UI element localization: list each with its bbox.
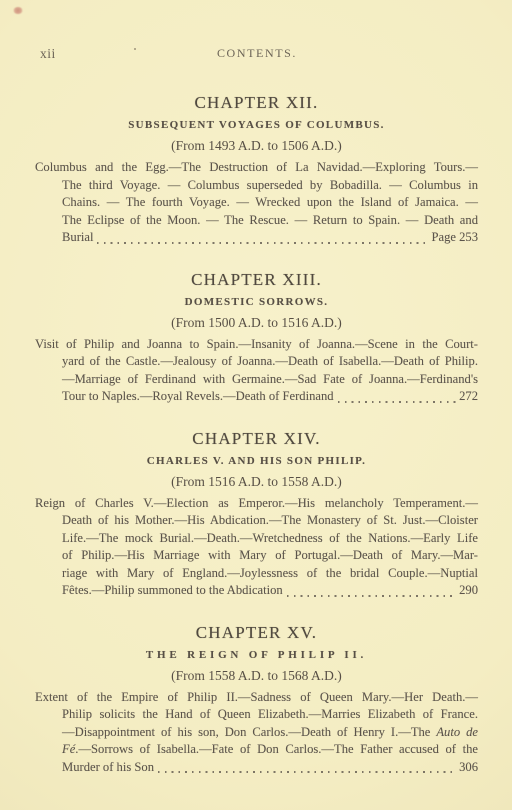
chapter-heading: CHAPTER XII. <box>35 93 478 112</box>
summary-text: riage with Mary of England.—Joylessness … <box>62 566 478 580</box>
chapter-subtitle: CHARLES V. AND HIS SON PHILIP. <box>35 455 478 468</box>
page-reference: 306 <box>459 759 478 777</box>
chapter-summary: Reign of Charles V.—Election as Emperor.… <box>35 495 478 600</box>
summary-line: of Philip.—His Marriage with Mary of Por… <box>35 547 478 565</box>
dot-leader <box>338 401 457 403</box>
summary-line: Chains. — The fourth Voyage. — Wrecked u… <box>35 194 478 212</box>
summary-text: Extent of the Empire of Philip II.—Sadne… <box>35 690 478 704</box>
chapter-subtitle: DOMESTIC SORROWS. <box>35 296 478 309</box>
summary-text: of Philip.—His Marriage with Mary of Por… <box>62 548 478 562</box>
summary-line: Philip solicits the Hand of Queen Elizab… <box>35 706 478 724</box>
summary-line: Extent of the Empire of Philip II.—Sadne… <box>35 689 478 707</box>
summary-text: Philip solicits the Hand of Queen Elizab… <box>62 707 478 721</box>
dot-leader <box>287 595 456 597</box>
chapter-date-range: (From 1493 A.D. to 1506 A.D.) <box>35 138 478 153</box>
summary-text: Death of his Mother.—His Abdication.—The… <box>62 513 478 527</box>
summary-line: Reign of Charles V.—Election as Emperor.… <box>35 495 478 513</box>
summary-text: Columbus and the Egg.—The Destruction of… <box>35 160 478 174</box>
summary-text: The third Voyage. — Columbus superseded … <box>62 178 478 192</box>
chapter-entry: CHAPTER XII. SUBSEQUENT VOYAGES OF COLUM… <box>35 93 478 247</box>
chapter-entry: CHAPTER XV. THE REIGN OF PHILIP II. (Fro… <box>35 623 478 777</box>
summary-line: —Disappointment of his son, Don Carlos.—… <box>35 724 478 742</box>
chapter-summary: Columbus and the Egg.—The Destruction of… <box>35 159 478 247</box>
chapter-summary: Visit of Philip and Joanna to Spain.—Ins… <box>35 336 478 406</box>
summary-line: riage with Mary of England.—Joylessness … <box>35 565 478 583</box>
chapter-date-range: (From 1516 A.D. to 1558 A.D.) <box>35 474 478 489</box>
summary-text: Murder of his Son <box>62 759 154 777</box>
page-reference: 272 <box>459 388 478 406</box>
summary-text: Life.—The mock Burial.—Death.—Wretchedne… <box>62 531 478 545</box>
summary-line: —Marriage of Ferdinand with Germaine.—Sa… <box>35 371 478 389</box>
chapter-subtitle: THE REIGN OF PHILIP II. <box>35 649 478 662</box>
summary-line: Death of his Mother.—His Abdication.—The… <box>35 512 478 530</box>
summary-last-line: Murder of his Son306 <box>35 759 478 777</box>
chapter-entry: CHAPTER XIII. DOMESTIC SORROWS. (From 15… <box>35 270 478 406</box>
summary-line: Visit of Philip and Joanna to Spain.—Ins… <box>35 336 478 354</box>
summary-text: Fêtes.—Philip summoned to the Abdication <box>62 582 283 600</box>
summary-line: Fé.—Sorrows of Isabella.—Fate of Don Car… <box>35 741 478 759</box>
summary-text: .—Sorrows of Isabella.—Fate of Don Carlo… <box>75 742 478 756</box>
chapter-subtitle: SUBSEQUENT VOYAGES OF COLUMBUS. <box>35 119 478 132</box>
dot-leader <box>97 242 428 244</box>
chapter-summary: Extent of the Empire of Philip II.—Sadne… <box>35 689 478 777</box>
folio-page-number: xii <box>40 46 56 62</box>
summary-text: Burial <box>62 229 93 247</box>
page-reference: 290 <box>459 582 478 600</box>
chapter-heading: CHAPTER XIII. <box>35 270 478 289</box>
book-page: xii CONTENTS. CHAPTER XII. SUBSEQUENT VO… <box>0 0 512 810</box>
dot-leader <box>158 771 456 773</box>
chapter-entry: CHAPTER XIV. CHARLES V. AND HIS SON PHIL… <box>35 429 478 600</box>
summary-text: Visit of Philip and Joanna to Spain.—Ins… <box>35 337 478 351</box>
summary-last-line: Fêtes.—Philip summoned to the Abdication… <box>35 582 478 600</box>
summary-text: yard of the Castle.—Jealousy of Joanna.—… <box>62 354 478 368</box>
summary-text: Tour to Naples.—Royal Revels.—Death of F… <box>62 388 334 406</box>
summary-line: Columbus and the Egg.—The Destruction of… <box>35 159 478 177</box>
page-header: xii CONTENTS. <box>0 0 512 63</box>
table-of-contents: CHAPTER XII. SUBSEQUENT VOYAGES OF COLUM… <box>0 93 512 776</box>
summary-line: The third Voyage. — Columbus superseded … <box>35 177 478 195</box>
summary-last-line: BurialPage 253 <box>35 229 478 247</box>
summary-text: Chains. — The fourth Voyage. — Wrecked u… <box>62 195 478 209</box>
summary-line: Life.—The mock Burial.—Death.—Wretchedne… <box>35 530 478 548</box>
summary-line: yard of the Castle.—Jealousy of Joanna.—… <box>35 353 478 371</box>
chapter-date-range: (From 1500 A.D. to 1516 A.D.) <box>35 315 478 330</box>
running-head: CONTENTS. <box>40 46 474 61</box>
page-reference: Page 253 <box>431 229 478 247</box>
summary-last-line: Tour to Naples.—Royal Revels.—Death of F… <box>35 388 478 406</box>
chapter-heading: CHAPTER XV. <box>35 623 478 642</box>
chapter-heading: CHAPTER XIV. <box>35 429 478 448</box>
summary-text: —Marriage of Ferdinand with Germaine.—Sa… <box>62 372 478 386</box>
summary-text: —Disappointment of his son, Don Carlos.—… <box>62 725 436 739</box>
summary-italic-text: Auto de <box>436 725 478 739</box>
summary-line: The Eclipse of the Moon. — The Rescue. —… <box>35 212 478 230</box>
chapter-date-range: (From 1558 A.D. to 1568 A.D.) <box>35 668 478 683</box>
summary-text: Reign of Charles V.—Election as Emperor.… <box>35 496 478 510</box>
summary-italic-text: Fé <box>62 742 75 756</box>
summary-text: The Eclipse of the Moon. — The Rescue. —… <box>62 213 478 227</box>
